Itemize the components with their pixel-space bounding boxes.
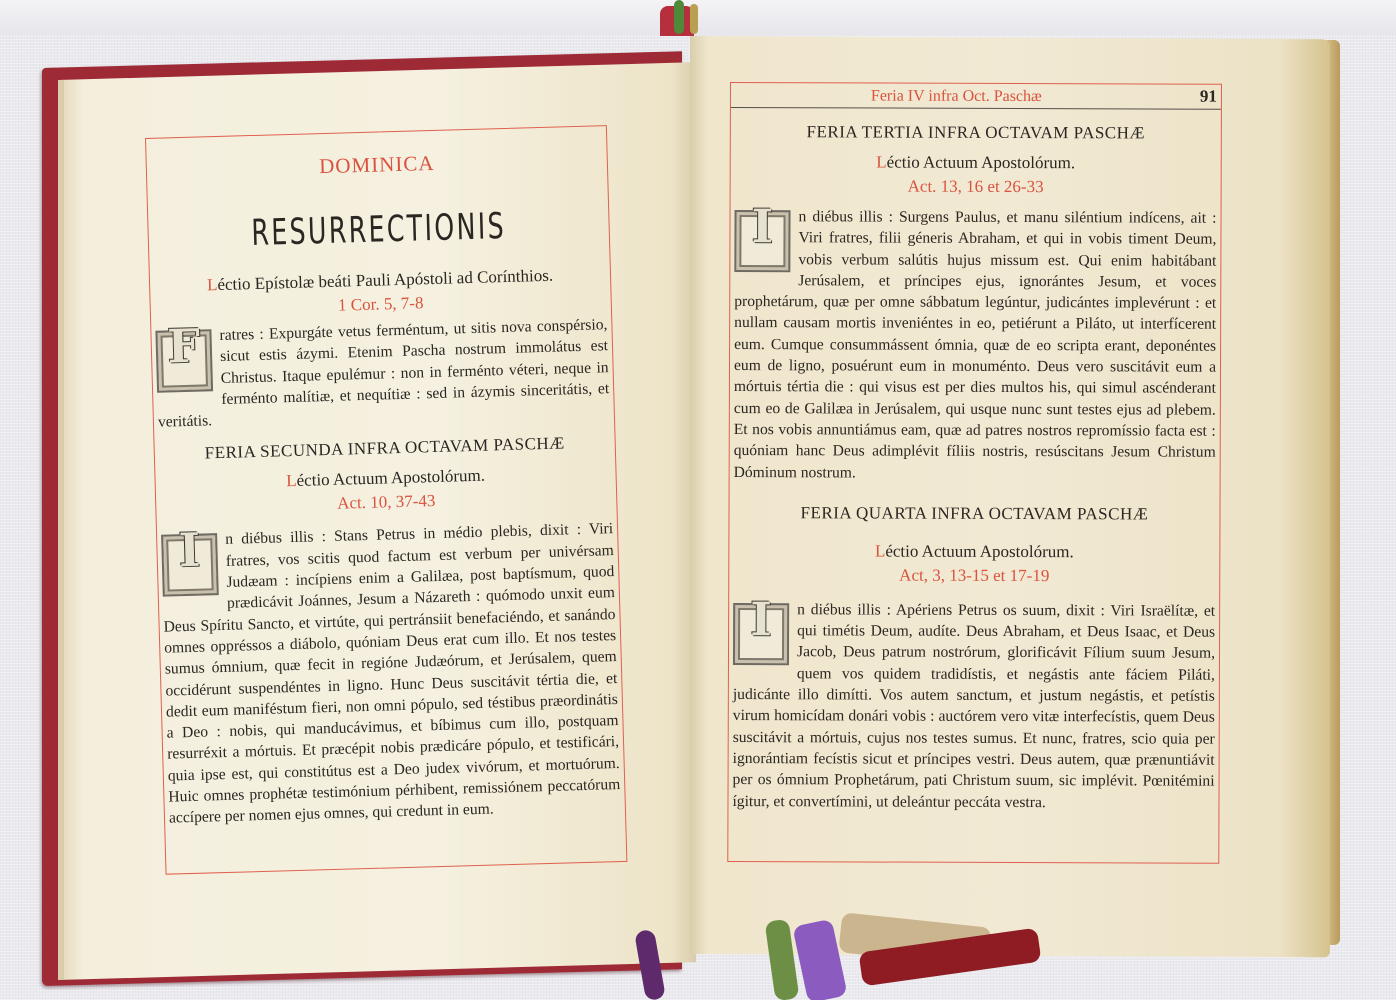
ornamental-dropcap-icon: I [733, 603, 789, 665]
running-head: Feria IV infra Oct. Paschæ 91 [731, 83, 1221, 110]
feast-title-line2: RESURRECTIONIS [199, 205, 559, 256]
ribbon-lavender[interactable] [792, 919, 847, 1000]
ornamental-dropcap-icon: F [155, 329, 213, 393]
section-heading: FERIA SECUNDA INFRA OCTAVAM PASCHÆ [155, 432, 615, 465]
right-page-text-frame: Feria IV infra Oct. Paschæ 91 FERIA TERT… [727, 82, 1222, 864]
section-heading: FERIA QUARTA INFRA OCTAVAM PASCHÆ [729, 503, 1219, 525]
ornamental-dropcap-icon: I [161, 534, 219, 598]
ornamental-dropcap-icon: I [734, 210, 790, 272]
feast-title-line1: DOMINICA [147, 146, 608, 184]
running-head-title: Feria IV infra Oct. Paschæ [871, 87, 1042, 106]
scripture-citation: Act, 3, 13-15 et 17-19 [729, 565, 1219, 587]
reading-text: I n diébus illis : Apériens Petrus os su… [728, 599, 1219, 814]
lectio-heading: Léctio Actuum Apostolórum. [731, 152, 1221, 174]
page-number: 91 [1200, 87, 1217, 107]
top-ribbon-ends [660, 0, 720, 36]
section-heading: FERIA TERTIA INFRA OCTAVAM PASCHÆ [731, 122, 1221, 144]
reading-text: I n diébus illis : Surgens Paulus, et ma… [730, 206, 1221, 485]
left-page-text-frame: DOMINICA RESURRECTIONIS Léctio Epístolæ … [145, 125, 627, 875]
scripture-citation: Act. 13, 16 et 26-33 [731, 176, 1221, 198]
lectio-heading: Léctio Actuum Apostolórum. [729, 541, 1219, 563]
ribbon-bookmarks[interactable] [640, 920, 1020, 1000]
reading-text: F ratres : Expurgáte vetus ferméntum, ut… [151, 314, 614, 433]
ribbon-purple[interactable] [634, 929, 666, 1000]
reading-text: I n diébus illis : Stans Petrus in médio… [157, 518, 625, 829]
